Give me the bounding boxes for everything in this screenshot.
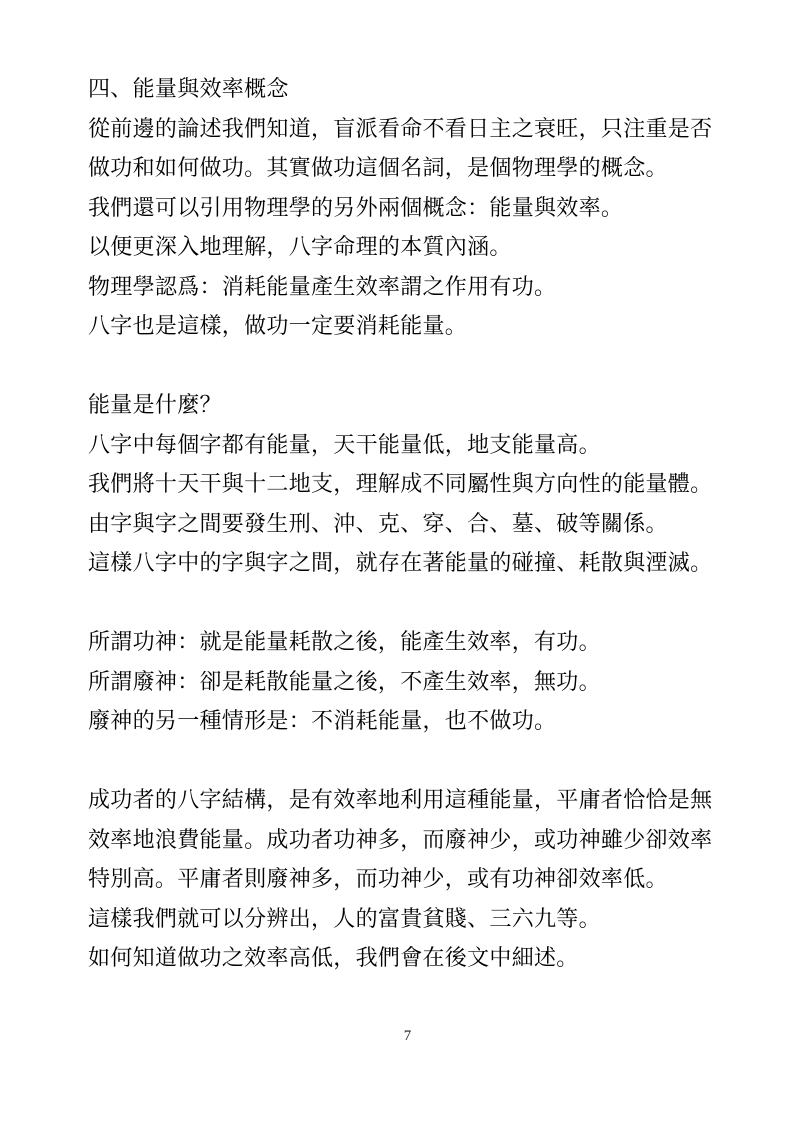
text-line: 物理學認爲：消耗能量產生效率謂之作用有功。 [88, 267, 713, 307]
text-line: 由字與字之間要發生刑、沖、克、穿、合、墓、破等關係。 [88, 504, 713, 544]
page-body-text: 四、能量與效率概念 從前邊的論述我們知道，盲派看命不看日主之衰旺，只注重是否 做… [88, 69, 713, 978]
text-line: 我們還可以引用物理學的另外兩個概念：能量與效率。 [88, 188, 713, 228]
text-line: 效率地浪費能量。成功者功神多，而廢神少，或功神雖少卻效率 [88, 820, 713, 860]
text-line: 我們將十天干與十二地支，理解成不同屬性與方向性的能量體。 [88, 464, 713, 504]
page-number: 7 [382, 1028, 412, 1044]
document-page: 四、能量與效率概念 從前邊的論述我們知道，盲派看命不看日主之衰旺，只注重是否 做… [0, 0, 793, 1122]
page-footer: 7 [0, 1026, 793, 1046]
text-line: 如何知道做功之效率高低，我們會在後文中細述。 [88, 938, 713, 978]
text-line: 成功者的八字結構，是有效率地利用這種能量，平庸者恰恰是無 [88, 780, 713, 820]
section-4: 成功者的八字結構，是有效率地利用這種能量，平庸者恰恰是無 效率地浪費能量。成功者… [88, 780, 713, 978]
text-line: 廢神的另一種情形是：不消耗能量，也不做功。 [88, 701, 713, 741]
text-line: 做功和如何做功。其實做功這個名詞，是個物理學的概念。 [88, 148, 713, 188]
section-3: 所謂功神：就是能量耗散之後，能產生效率，有功。 所謂廢神：卻是耗散能量之後，不產… [88, 622, 713, 741]
section-2: 能量是什麼？ 八字中每個字都有能量，天干能量低，地支能量高。 我們將十天干與十二… [88, 385, 713, 583]
text-line: 所謂功神：就是能量耗散之後，能產生效率，有功。 [88, 622, 713, 662]
text-line: 八字中每個字都有能量，天干能量低，地支能量高。 [88, 425, 713, 465]
text-line: 這樣八字中的字與字之間，就存在著能量的碰撞、耗散與湮滅。 [88, 543, 713, 583]
text-line: 從前邊的論述我們知道，盲派看命不看日主之衰旺，只注重是否 [88, 109, 713, 149]
section-1: 四、能量與效率概念 從前邊的論述我們知道，盲派看命不看日主之衰旺，只注重是否 做… [88, 69, 713, 346]
text-line: 以便更深入地理解，八字命理的本質內涵。 [88, 227, 713, 267]
text-line: 所謂廢神：卻是耗散能量之後，不產生效率，無功。 [88, 662, 713, 702]
text-line: 能量是什麼？ [88, 385, 713, 425]
section-heading: 四、能量與效率概念 [88, 69, 713, 109]
text-line: 八字也是這樣，做功一定要消耗能量。 [88, 306, 713, 346]
text-line: 這樣我們就可以分辨出，人的富貴貧賤、三六九等。 [88, 899, 713, 939]
text-line: 特別高。平庸者則廢神多，而功神少，或有功神卻效率低。 [88, 859, 713, 899]
